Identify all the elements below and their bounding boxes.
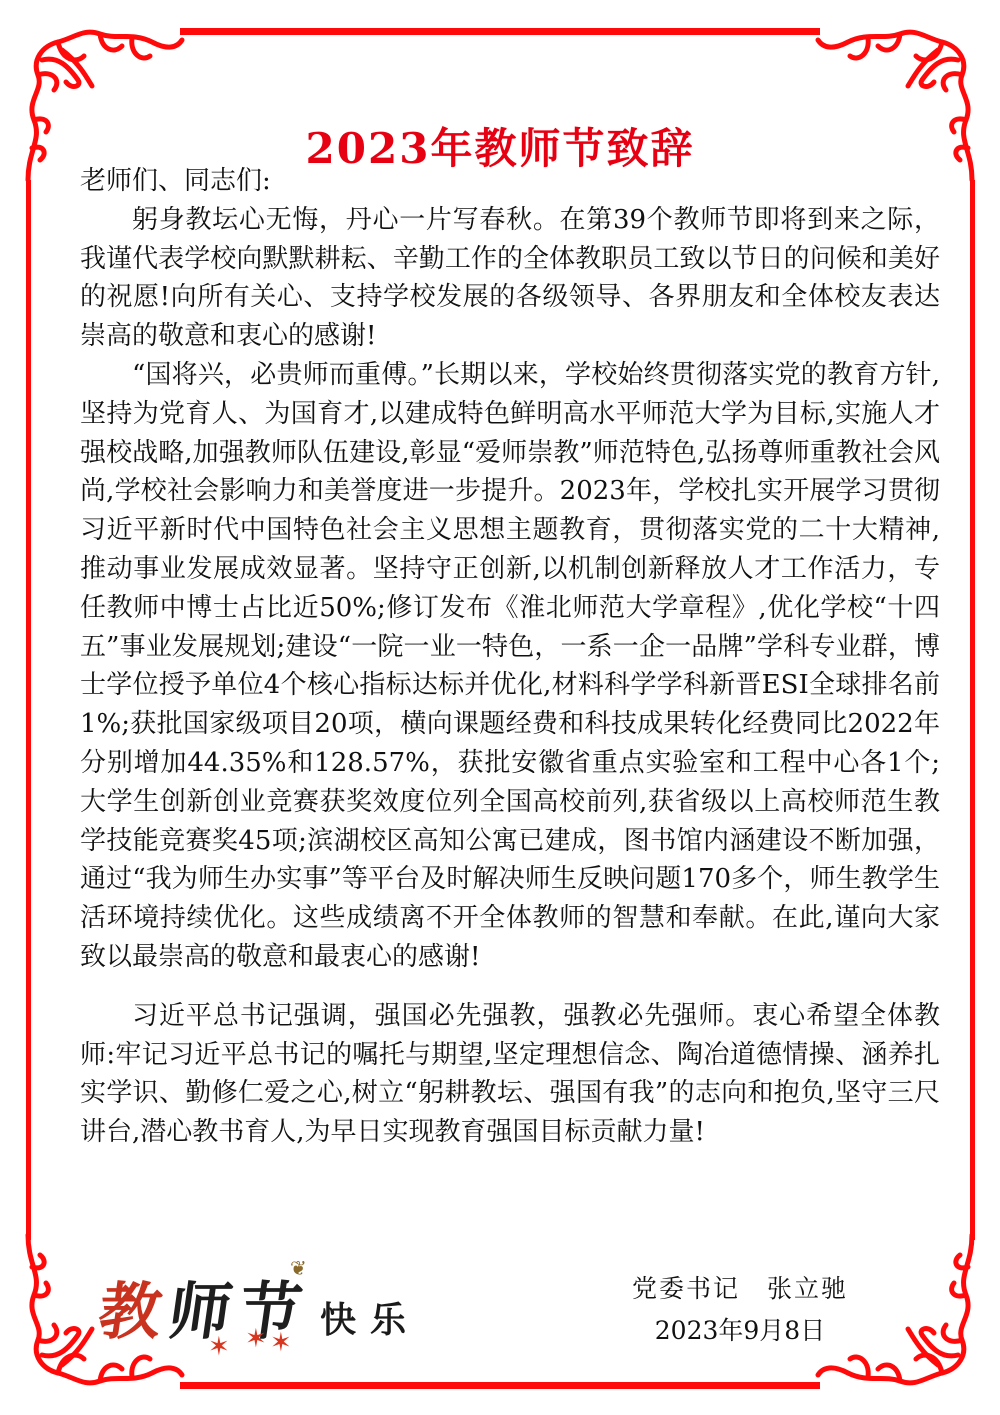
logo-char-kuai: 快 — [320, 1292, 356, 1343]
maple-leaf-icon: ✶ — [245, 1324, 267, 1354]
letter-body: 老师们、同志们: 躬身教坛心无悔，丹心一片写春秋。在第39个教师节即将到来之际，… — [80, 162, 940, 1152]
greeting: 老师们、同志们: — [80, 162, 940, 201]
border-left-line — [26, 180, 31, 1240]
border-top-line — [180, 28, 820, 35]
maple-leaf-icon: ✶ — [270, 1328, 292, 1358]
paragraph-2: “国将兴，必贵师而重傅。”长期以来，学校始终贯彻落实党的教育方针,坚持为党育人、… — [80, 356, 940, 977]
paragraph-1: 躬身教坛心无悔，丹心一片写春秋。在第39个教师节即将到来之际，我谨代表学校向默默… — [80, 201, 940, 356]
teachers-day-logo: 教 师 节 快 乐 ✶ ✶ ✶ ❦ — [100, 1262, 440, 1362]
border-right-line — [970, 180, 975, 1240]
paragraph-3: 习近平总书记强调，强国必先强教，强教必先强师。衷心希望全体教师:牢记习近平总书记… — [80, 997, 940, 1152]
maple-leaf-icon: ✶ — [208, 1332, 230, 1362]
signature-title-name: 党委书记 张立驰 — [610, 1268, 870, 1310]
letter-page: 2023年教师节致辞 老师们、同志们: 躬身教坛心无悔，丹心一片写春秋。在第39… — [0, 0, 1000, 1415]
signature-date: 2023年9月8日 — [610, 1310, 870, 1352]
logo-char-jiao: 教 — [94, 1262, 169, 1351]
logo-char-le: 乐 — [370, 1292, 406, 1343]
border-bottom-line — [180, 1382, 820, 1389]
butterfly-icon: ❦ — [290, 1256, 307, 1280]
signature-block: 党委书记 张立驰 2023年9月8日 — [610, 1268, 870, 1352]
